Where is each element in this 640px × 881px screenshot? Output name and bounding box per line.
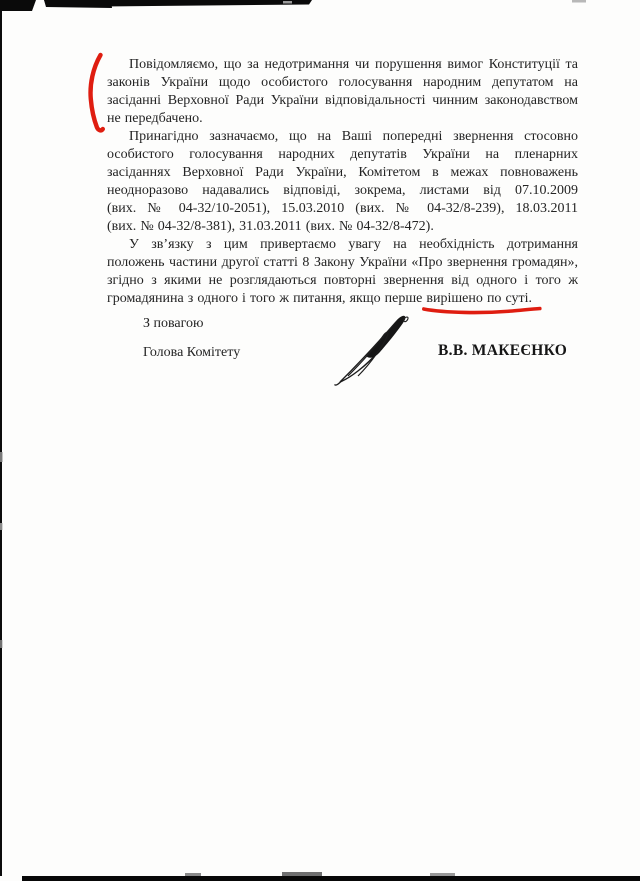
text-line: засіданнях Верховної Ради України, Коміт… — [107, 164, 578, 182]
text-line: У зв’язку з цим привертаємо увагу на нео… — [107, 236, 578, 254]
last-line-prefix: громадянина з одного і того ж питання, я… — [107, 291, 426, 306]
text-line: особистого голосування народних депутаті… — [107, 146, 578, 164]
scan-artifact-top-edge — [0, 0, 640, 12]
red-margin-bracket-annotation — [85, 52, 107, 134]
letter-body: Повідомляємо, що за недотримання чи пору… — [107, 56, 578, 308]
text-line: не передбачено. — [107, 110, 578, 128]
signature — [332, 310, 414, 388]
signature-fill — [366, 316, 404, 357]
paragraph-2: Принагідно зазначаємо, що на Ваші попере… — [107, 128, 578, 236]
text-line: Принагідно зазначаємо, що на Ваші попере… — [107, 128, 578, 146]
text-line: (вих. № 04-32/10-2051), 15.03.2010 (вих.… — [107, 200, 578, 218]
text-line: громадянина з одного і того ж питання, я… — [107, 290, 578, 308]
text-line: неодноразово надавались відповіді, зокре… — [107, 182, 578, 200]
text-line: Повідомляємо, що за недотримання чи пору… — [107, 56, 578, 74]
red-bracket-stroke — [91, 55, 103, 130]
scan-artifact-bottom-edge — [22, 876, 640, 881]
underlined-phrase-text: вирішено по суті. — [426, 291, 532, 306]
paragraph-1: Повідомляємо, що за недотримання чи пору… — [107, 56, 578, 128]
signature-tail — [335, 382, 342, 386]
underlined-phrase: вирішено по суті. — [426, 290, 532, 308]
text-line: згідно з якими не розглядаються повторні… — [107, 272, 578, 290]
scan-artifact-left-edge — [0, 10, 2, 876]
text-line: засіданні Верховної Ради України відпові… — [107, 92, 578, 110]
signer-title: Голова Комітету — [143, 344, 240, 362]
text-line: законів України щодо особистого голосува… — [107, 74, 578, 92]
signer-name: В.В. МАКЕЄНКО — [438, 342, 567, 360]
red-underline-annotation — [421, 305, 543, 315]
text-line: (вих. № 04-32/8-381), 31.03.2011 (вих. №… — [107, 218, 578, 236]
text-line: положень частини другої статті 8 Закону … — [107, 254, 578, 272]
closing-salutation: З повагою — [143, 315, 204, 333]
scanned-letter-page: Повідомляємо, що за недотримання чи пору… — [0, 0, 640, 881]
red-underline-stroke — [424, 309, 540, 313]
paragraph-3: У зв’язку з цим привертаємо увагу на нео… — [107, 236, 578, 290]
